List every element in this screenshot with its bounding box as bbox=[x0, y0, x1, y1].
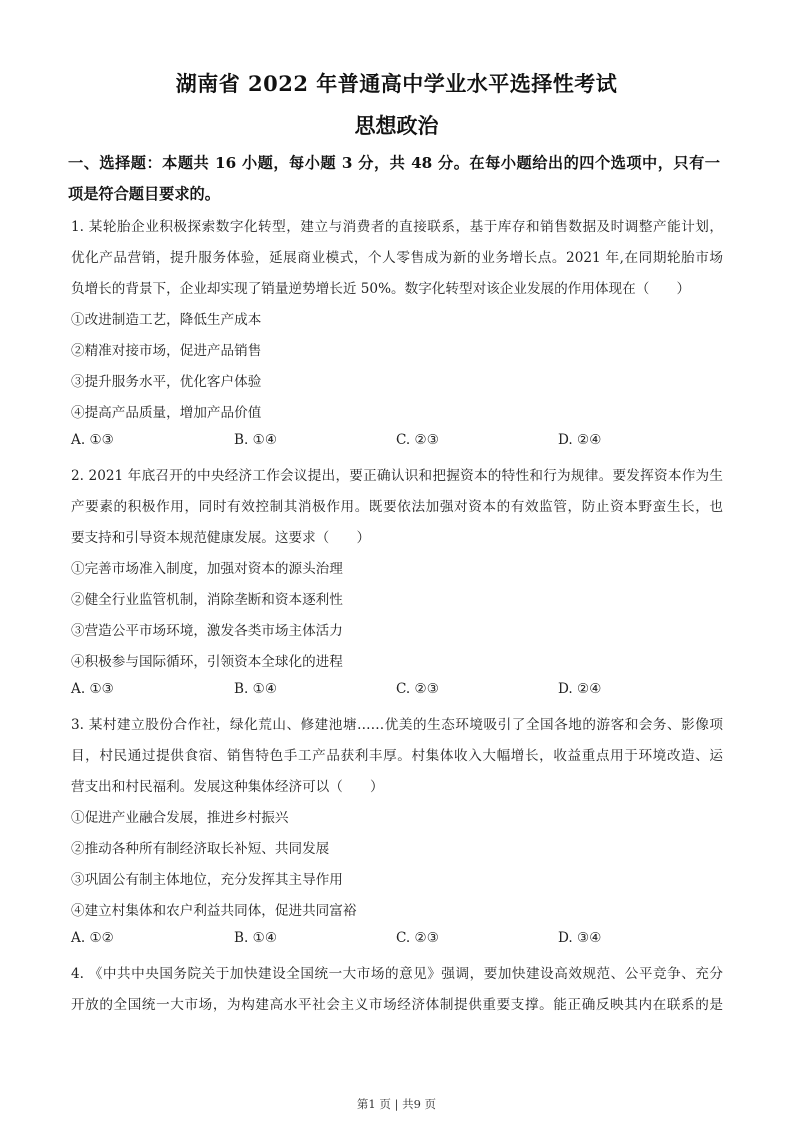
question-3-stem-line2: 目，村民通过提供食宿、销售特色手工产品获利丰厚。村集体收入大幅增长，收益重点用于… bbox=[71, 744, 723, 764]
question-1-statement-1: ①改进制造工艺，降低生产成本 bbox=[71, 308, 261, 328]
question-3-statement-4: ④建立村集体和农户利益共同体，促进共同富裕 bbox=[71, 899, 356, 919]
question-2-statement-2: ②健全行业监管机制，消除垄断和资本逐利性 bbox=[71, 588, 343, 608]
question-4-stem-line1: 4. 《中共中央国务院关于加快建设全国统一大市场的意见》强调，要加快建设高效规范… bbox=[71, 962, 723, 982]
question-2-statement-4: ④积极参与国际循环，引领资本全球化的进程 bbox=[71, 650, 343, 670]
question-1-choice-a[interactable]: A. ①③ bbox=[71, 432, 114, 448]
question-2-choice-d[interactable]: D. ②④ bbox=[558, 681, 601, 697]
subject-title: 思想政治 bbox=[0, 110, 793, 140]
question-2-choice-b[interactable]: B. ①④ bbox=[234, 681, 277, 697]
question-3-statement-1: ①促进产业融合发展，推进乡村振兴 bbox=[71, 806, 289, 826]
question-3-statement-3: ③巩固公有制主体地位，充分发挥其主导作用 bbox=[71, 868, 343, 888]
page-indicator: 第1 页 | 共9 页 bbox=[0, 1096, 793, 1112]
question-3-choice-c[interactable]: C. ②③ bbox=[396, 930, 439, 946]
question-4-stem-line2: 开放的全国统一大市场，为构建高水平社会主义市场经济体制提供重要支撑。能正确反映其… bbox=[71, 993, 723, 1013]
question-1-statement-4: ④提高产品质量，增加产品价值 bbox=[71, 401, 261, 421]
question-2-stem-line1: 2. 2021 年底召开的中央经济工作会议提出，要正确认识和把握资本的特性和行为… bbox=[71, 464, 723, 484]
question-2-stem-line3: 要支持和引导资本规范健康发展。这要求（ ） bbox=[71, 526, 370, 546]
section-instructions-line2: 项是符合题目要求的。 bbox=[68, 183, 220, 204]
section-instructions-line1: 一、选择题：本题共 16 小题，每小题 3 分，共 48 分。在每小题给出的四个… bbox=[68, 152, 720, 173]
question-1-choice-c[interactable]: C. ②③ bbox=[396, 432, 439, 448]
question-2-choice-a[interactable]: A. ①③ bbox=[71, 681, 114, 697]
question-2-statement-1: ①完善市场准入制度，加强对资本的源头治理 bbox=[71, 557, 343, 577]
question-1-stem-line1: 1. 某轮胎企业积极探索数字化转型，建立与消费者的直接联系，基于库存和销售数据及… bbox=[71, 215, 723, 235]
question-1-statement-3: ③提升服务水平，优化客户体验 bbox=[71, 370, 261, 390]
question-1-choice-d[interactable]: D. ②④ bbox=[558, 432, 601, 448]
question-2-stem-line2: 产要素的积极作用，同时有效控制其消极作用。既要依法加强对资本的有效监管，防止资本… bbox=[71, 495, 723, 515]
question-3-stem-line1: 3. 某村建立股份合作社，绿化荒山、修建池塘……优美的生态环境吸引了全国各地的游… bbox=[71, 713, 723, 733]
question-1-statement-2: ②精准对接市场，促进产品销售 bbox=[71, 339, 261, 359]
question-3-stem-line3: 营支出和村民福利。发展这种集体经济可以（ ） bbox=[71, 775, 384, 795]
question-1-stem-line3: 负增长的背景下，企业却实现了销量逆势增长近 50%。数字化转型对该企业发展的作用… bbox=[71, 277, 690, 297]
question-3-choice-d[interactable]: D. ③④ bbox=[558, 930, 601, 946]
question-3-choice-b[interactable]: B. ①④ bbox=[234, 930, 277, 946]
exam-title: 湖南省 2022 年普通高中学业水平选择性考试 bbox=[0, 68, 793, 98]
question-1-choice-b[interactable]: B. ①④ bbox=[234, 432, 277, 448]
question-2-choice-c[interactable]: C. ②③ bbox=[396, 681, 439, 697]
question-2-statement-3: ③营造公平市场环境，激发各类市场主体活力 bbox=[71, 619, 343, 639]
question-3-choice-a[interactable]: A. ①② bbox=[71, 930, 114, 946]
question-3-statement-2: ②推动各种所有制经济取长补短、共同发展 bbox=[71, 837, 329, 857]
exam-page: 湖南省 2022 年普通高中学业水平选择性考试 思想政治 一、选择题：本题共 1… bbox=[0, 0, 793, 1122]
question-1-stem-line2: 优化产品营销，提升服务体验，延展商业模式，个人零售成为新的业务增长点。2021 … bbox=[71, 246, 723, 266]
